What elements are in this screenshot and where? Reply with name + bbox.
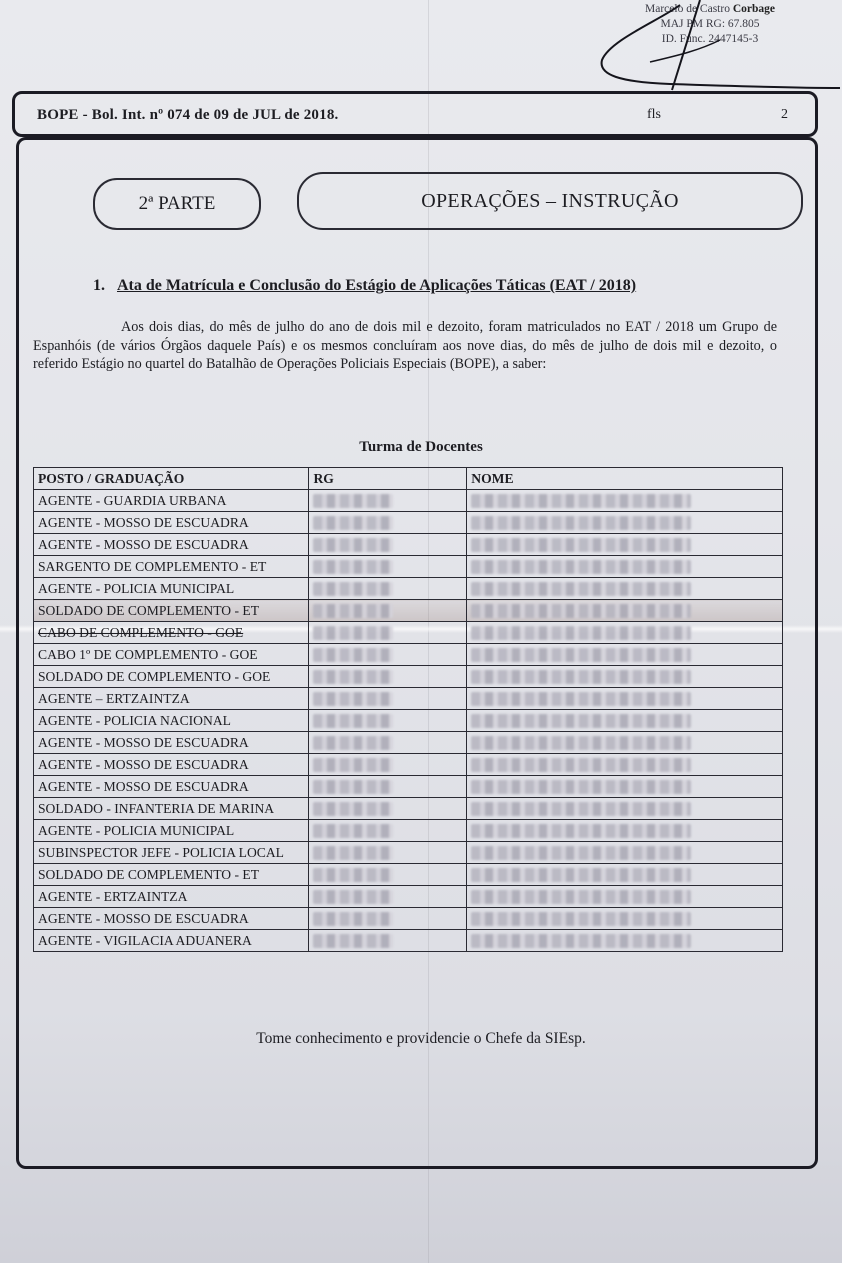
table-row: AGENTE - POLICIA MUNICIPAL xyxy=(34,578,783,600)
cell-rg xyxy=(309,798,467,820)
redacted-rg xyxy=(313,868,393,882)
cell-posto: CABO DE COMPLEMENTO - GOE xyxy=(34,622,309,644)
redacted-nome xyxy=(471,736,691,750)
cell-posto: AGENTE - MOSSO DE ESCUADRA xyxy=(34,534,309,556)
cell-rg xyxy=(309,512,467,534)
cell-rg xyxy=(309,930,467,952)
cell-nome xyxy=(467,578,783,600)
bulletin-header: BOPE - Bol. Int. nº 074 de 09 de JUL de … xyxy=(12,91,818,137)
redacted-nome xyxy=(471,758,691,772)
cell-rg xyxy=(309,754,467,776)
cell-rg xyxy=(309,534,467,556)
redacted-nome xyxy=(471,934,691,948)
cell-rg xyxy=(309,864,467,886)
redacted-rg xyxy=(313,714,393,728)
docentes-table: POSTO / GRADUAÇÃO RG NOME AGENTE - GUARD… xyxy=(33,467,783,952)
cell-nome xyxy=(467,666,783,688)
redacted-nome xyxy=(471,780,691,794)
redacted-rg xyxy=(313,494,393,508)
cell-nome xyxy=(467,842,783,864)
cell-posto: AGENTE - MOSSO DE ESCUADRA xyxy=(34,908,309,930)
cell-rg xyxy=(309,490,467,512)
table-row: AGENTE - VIGILACIA ADUANERA xyxy=(34,930,783,952)
redacted-nome xyxy=(471,582,691,596)
cell-posto: AGENTE - POLICIA MUNICIPAL xyxy=(34,578,309,600)
redacted-nome xyxy=(471,912,691,926)
cell-posto: AGENTE - MOSSO DE ESCUADRA xyxy=(34,732,309,754)
cell-rg xyxy=(309,776,467,798)
cell-rg xyxy=(309,710,467,732)
redacted-nome xyxy=(471,714,691,728)
redacted-nome xyxy=(471,516,691,530)
table-row: SUBINSPECTOR JEFE - POLICIA LOCAL xyxy=(34,842,783,864)
table-row: AGENTE - MOSSO DE ESCUADRA xyxy=(34,754,783,776)
redacted-rg xyxy=(313,912,393,926)
redacted-nome xyxy=(471,626,691,640)
redacted-nome xyxy=(471,494,691,508)
cell-nome xyxy=(467,820,783,842)
table-row: SOLDADO DE COMPLEMENTO - ET xyxy=(34,864,783,886)
cell-posto: AGENTE - MOSSO DE ESCUADRA xyxy=(34,776,309,798)
table-row: CABO DE COMPLEMENTO - GOE xyxy=(34,622,783,644)
redacted-rg xyxy=(313,802,393,816)
cell-posto: AGENTE - ERTZAINTZA xyxy=(34,886,309,908)
table-row: SOLDADO DE COMPLEMENTO - ET xyxy=(34,600,783,622)
redacted-nome xyxy=(471,868,691,882)
closing-instruction: Tome conhecimento e providencie o Chefe … xyxy=(0,1030,842,1048)
cell-nome xyxy=(467,644,783,666)
table-row: AGENTE - MOSSO DE ESCUADRA xyxy=(34,534,783,556)
item-heading: 1.Ata de Matrícula e Conclusão do Estági… xyxy=(93,277,636,295)
cell-nome xyxy=(467,908,783,930)
cell-nome xyxy=(467,512,783,534)
item-paragraph: Aos dois dias, do mês de julho do ano de… xyxy=(33,318,777,374)
cell-posto: AGENTE - MOSSO DE ESCUADRA xyxy=(34,512,309,534)
table-row: SARGENTO DE COMPLEMENTO - ET xyxy=(34,556,783,578)
redacted-rg xyxy=(313,758,393,772)
cell-rg xyxy=(309,600,467,622)
cell-posto: AGENTE - POLICIA MUNICIPAL xyxy=(34,820,309,842)
redacted-nome xyxy=(471,538,691,552)
redacted-nome xyxy=(471,560,691,574)
cell-nome xyxy=(467,864,783,886)
part-label: 2ª PARTE xyxy=(93,178,261,230)
cell-rg xyxy=(309,688,467,710)
cell-rg xyxy=(309,644,467,666)
redacted-rg xyxy=(313,604,393,618)
table-row: AGENTE – ERTZAINTZA xyxy=(34,688,783,710)
redacted-rg xyxy=(313,516,393,530)
redacted-rg xyxy=(313,934,393,948)
cell-posto: SARGENTO DE COMPLEMENTO - ET xyxy=(34,556,309,578)
redacted-rg xyxy=(313,560,393,574)
cell-posto: AGENTE - POLICIA NACIONAL xyxy=(34,710,309,732)
table-row: CABO 1º DE COMPLEMENTO - GOE xyxy=(34,644,783,666)
table-row: AGENTE - MOSSO DE ESCUADRA xyxy=(34,908,783,930)
redacted-nome xyxy=(471,692,691,706)
redacted-rg xyxy=(313,824,393,838)
cell-nome xyxy=(467,754,783,776)
redacted-rg xyxy=(313,582,393,596)
column-header-posto: POSTO / GRADUAÇÃO xyxy=(34,468,309,490)
fls-label: fls xyxy=(647,107,661,123)
cell-rg xyxy=(309,886,467,908)
column-header-rg: RG xyxy=(309,468,467,490)
cell-rg xyxy=(309,732,467,754)
section-title: OPERAÇÕES – INSTRUÇÃO xyxy=(297,172,803,230)
redacted-nome xyxy=(471,802,691,816)
cell-rg xyxy=(309,556,467,578)
table-row: AGENTE - ERTZAINTZA xyxy=(34,886,783,908)
page-number: 2 xyxy=(781,107,788,123)
cell-rg xyxy=(309,842,467,864)
cell-posto: SUBINSPECTOR JEFE - POLICIA LOCAL xyxy=(34,842,309,864)
table-row: SOLDADO DE COMPLEMENTO - GOE xyxy=(34,666,783,688)
cell-nome xyxy=(467,490,783,512)
cell-nome xyxy=(467,732,783,754)
table-row: AGENTE - POLICIA MUNICIPAL xyxy=(34,820,783,842)
redacted-nome xyxy=(471,648,691,662)
redacted-rg xyxy=(313,890,393,904)
cell-nome xyxy=(467,930,783,952)
redacted-rg xyxy=(313,780,393,794)
cell-nome xyxy=(467,600,783,622)
cell-posto: SOLDADO - INFANTERIA DE MARINA xyxy=(34,798,309,820)
table-row: AGENTE - MOSSO DE ESCUADRA xyxy=(34,776,783,798)
table-row: AGENTE - POLICIA NACIONAL xyxy=(34,710,783,732)
redacted-nome xyxy=(471,604,691,618)
table-row: AGENTE - MOSSO DE ESCUADRA xyxy=(34,512,783,534)
cell-rg xyxy=(309,622,467,644)
redacted-rg xyxy=(313,692,393,706)
table-row: AGENTE - GUARDIA URBANA xyxy=(34,490,783,512)
cell-posto: AGENTE – ERTZAINTZA xyxy=(34,688,309,710)
cell-posto: AGENTE - VIGILACIA ADUANERA xyxy=(34,930,309,952)
redacted-rg xyxy=(313,648,393,662)
column-header-nome: NOME xyxy=(467,468,783,490)
bulletin-title: BOPE - Bol. Int. nº 074 de 09 de JUL de … xyxy=(37,107,339,124)
redacted-rg xyxy=(313,670,393,684)
cell-rg xyxy=(309,820,467,842)
cell-posto: CABO 1º DE COMPLEMENTO - GOE xyxy=(34,644,309,666)
cell-posto: AGENTE - GUARDIA URBANA xyxy=(34,490,309,512)
cell-rg xyxy=(309,578,467,600)
table-row: AGENTE - MOSSO DE ESCUADRA xyxy=(34,732,783,754)
cell-posto: SOLDADO DE COMPLEMENTO - ET xyxy=(34,864,309,886)
cell-nome xyxy=(467,688,783,710)
redacted-nome xyxy=(471,670,691,684)
item-title: Ata de Matrícula e Conclusão do Estágio … xyxy=(117,277,636,294)
cell-nome xyxy=(467,534,783,556)
redacted-rg xyxy=(313,626,393,640)
redacted-nome xyxy=(471,824,691,838)
redacted-rg xyxy=(313,846,393,860)
cell-rg xyxy=(309,666,467,688)
table-caption: Turma de Docentes xyxy=(0,439,842,456)
item-number: 1. xyxy=(93,277,105,294)
redacted-rg xyxy=(313,538,393,552)
cell-nome xyxy=(467,710,783,732)
signature-icon xyxy=(590,0,840,95)
cell-posto: SOLDADO DE COMPLEMENTO - ET xyxy=(34,600,309,622)
table-header-row: POSTO / GRADUAÇÃO RG NOME xyxy=(34,468,783,490)
redacted-nome xyxy=(471,890,691,904)
cell-nome xyxy=(467,556,783,578)
cell-posto: AGENTE - MOSSO DE ESCUADRA xyxy=(34,754,309,776)
table-row: SOLDADO - INFANTERIA DE MARINA xyxy=(34,798,783,820)
cell-nome xyxy=(467,622,783,644)
cell-nome xyxy=(467,886,783,908)
redacted-nome xyxy=(471,846,691,860)
redacted-rg xyxy=(313,736,393,750)
cell-posto: SOLDADO DE COMPLEMENTO - GOE xyxy=(34,666,309,688)
cell-nome xyxy=(467,798,783,820)
cell-nome xyxy=(467,776,783,798)
cell-rg xyxy=(309,908,467,930)
